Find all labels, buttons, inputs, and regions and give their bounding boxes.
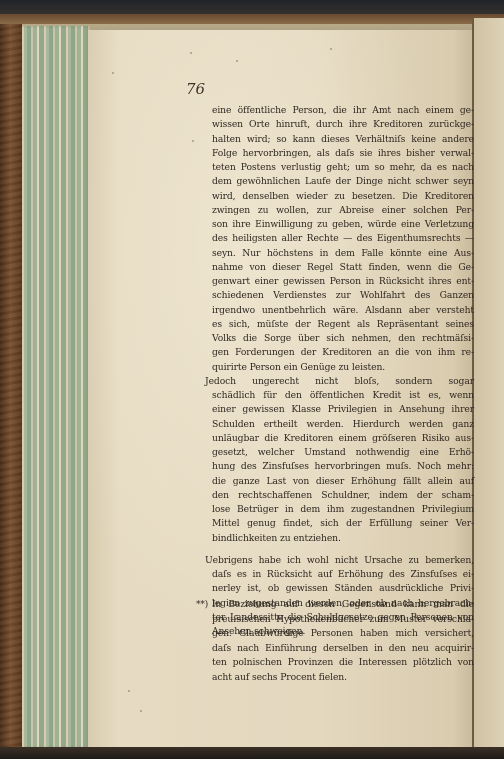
text-line: wissen Orte hinruft, durch ihre Kreditor… [212,118,474,132]
text-line: die ganze Last von dieser Erhöhung fällt… [212,475,474,489]
paragraph-gap [212,546,474,554]
footnote-line: In Beziehung auf diesen Gegenstand kann … [212,598,474,613]
footnote-line: daſs nach Einführung derselben in den ne… [212,642,474,657]
page-number: 76 [186,80,205,98]
paragraph-2: Jedoch ungerecht nicht bloſs, sondern so… [212,375,474,546]
text-line: genwart einer gewissen Person in Rücksic… [212,275,474,289]
text-line: daſs es in Rücksicht auf Erhöhung des Zi… [212,568,474,582]
text-line: halten wird; so kann dieses Verhältniſs … [212,133,474,147]
text-line: dem gewöhnlichen Laufe der Dinge nicht s… [212,175,474,189]
text-line: Mittel genug findet, sich der Erfüllung … [212,517,474,531]
text-line: Volks die Sorge über sich nehmen, den re… [212,332,474,346]
footnote-marker: **) [196,598,208,613]
scan-background-bottom [0,747,504,759]
text-line: wird, denselben wieder zu besetzen. Die … [212,190,474,204]
text-line: bindlichkeiten zu entziehen. [212,532,474,546]
text-line: gesetzt, welcher Umstand nothwendig eine… [212,446,474,460]
paper-speck [330,48,332,50]
text-line: Folge hervorbringen, als daſs sie ihres … [212,147,474,161]
footnote-line: acht auf sechs Procent fielen. [212,671,474,686]
text-line: hung des Zinsfuſses hervorbringen muſs. … [212,460,474,474]
text-line: nerley ist, ob gewissen Ständen ausdrück… [212,582,474,596]
text-line: Schulden ertheilt werden. Hierdurch werd… [212,418,474,432]
body-text: eine öffentliche Person, die ihr Amt nac… [212,104,474,639]
text-line: es sich, müſste der Regent als Repräsent… [212,318,474,332]
paper-speck [236,60,238,62]
text-line: nahme von dieser Regel Statt finden, wen… [212,261,474,275]
facing-page-edge [474,18,504,753]
text-line: Jedoch ungerecht nicht bloſs, sondern so… [205,375,474,389]
text-line: schädlich für den öffentlichen Kredit is… [212,389,474,403]
book-cover-top [0,14,504,24]
text-line: Uebrigens habe ich wohl nicht Ursache zu… [205,554,474,568]
paper-speck [128,690,130,692]
footnote-line: ten polnischen Provinzen die Interessen … [212,656,474,671]
footnote-line: gen. Glaubwürdige Personen haben mich ve… [212,627,474,642]
footnote: **) In Beziehung auf diesen Gegenstand k… [212,598,474,686]
text-line: einer gewissen Klasse Privilegien in Ans… [212,403,474,417]
text-line: quirirte Person ein Genüge zu leisten. [212,361,474,375]
text-line: eine öffentliche Person, die ihr Amt nac… [212,104,474,118]
paper-speck [112,72,114,74]
text-line: teten Postens verlustig geht; um so mehr… [212,161,474,175]
text-line: lose Betrüger in dem ihm zugestandnen Pr… [212,503,474,517]
paragraph-1: eine öffentliche Person, die ihr Amt nac… [212,104,474,375]
text-line: unläugbar die Kreditoren einem gröſseren… [212,432,474,446]
text-line: schiedenen Verdienstes zur Wohlfahrt des… [212,289,474,303]
paper-speck [190,52,192,54]
paper-speck [140,710,142,712]
text-line: irgendwo unentbehrlich wäre. Alsdann abe… [212,304,474,318]
text-line: zwingen zu wollen, zur Abreise einer sol… [212,204,474,218]
footnote-line: preuſsischen Hypothekenbücher zum Muster… [212,613,474,628]
text-line: son ihre Einwilligung zu geben, würde ei… [212,218,474,232]
text-line: den rechtschaffenen Schuldner, indem der… [212,489,474,503]
paper-speck [192,140,194,142]
page-stack-edges [22,26,90,748]
text-line: des heiligsten aller Rechte — des Eigent… [212,232,474,246]
text-line: seyn. Nur höchstens in dem Falle könnte … [212,247,474,261]
text-line: gen Forderungen der Kreditoren an die vo… [212,346,474,360]
